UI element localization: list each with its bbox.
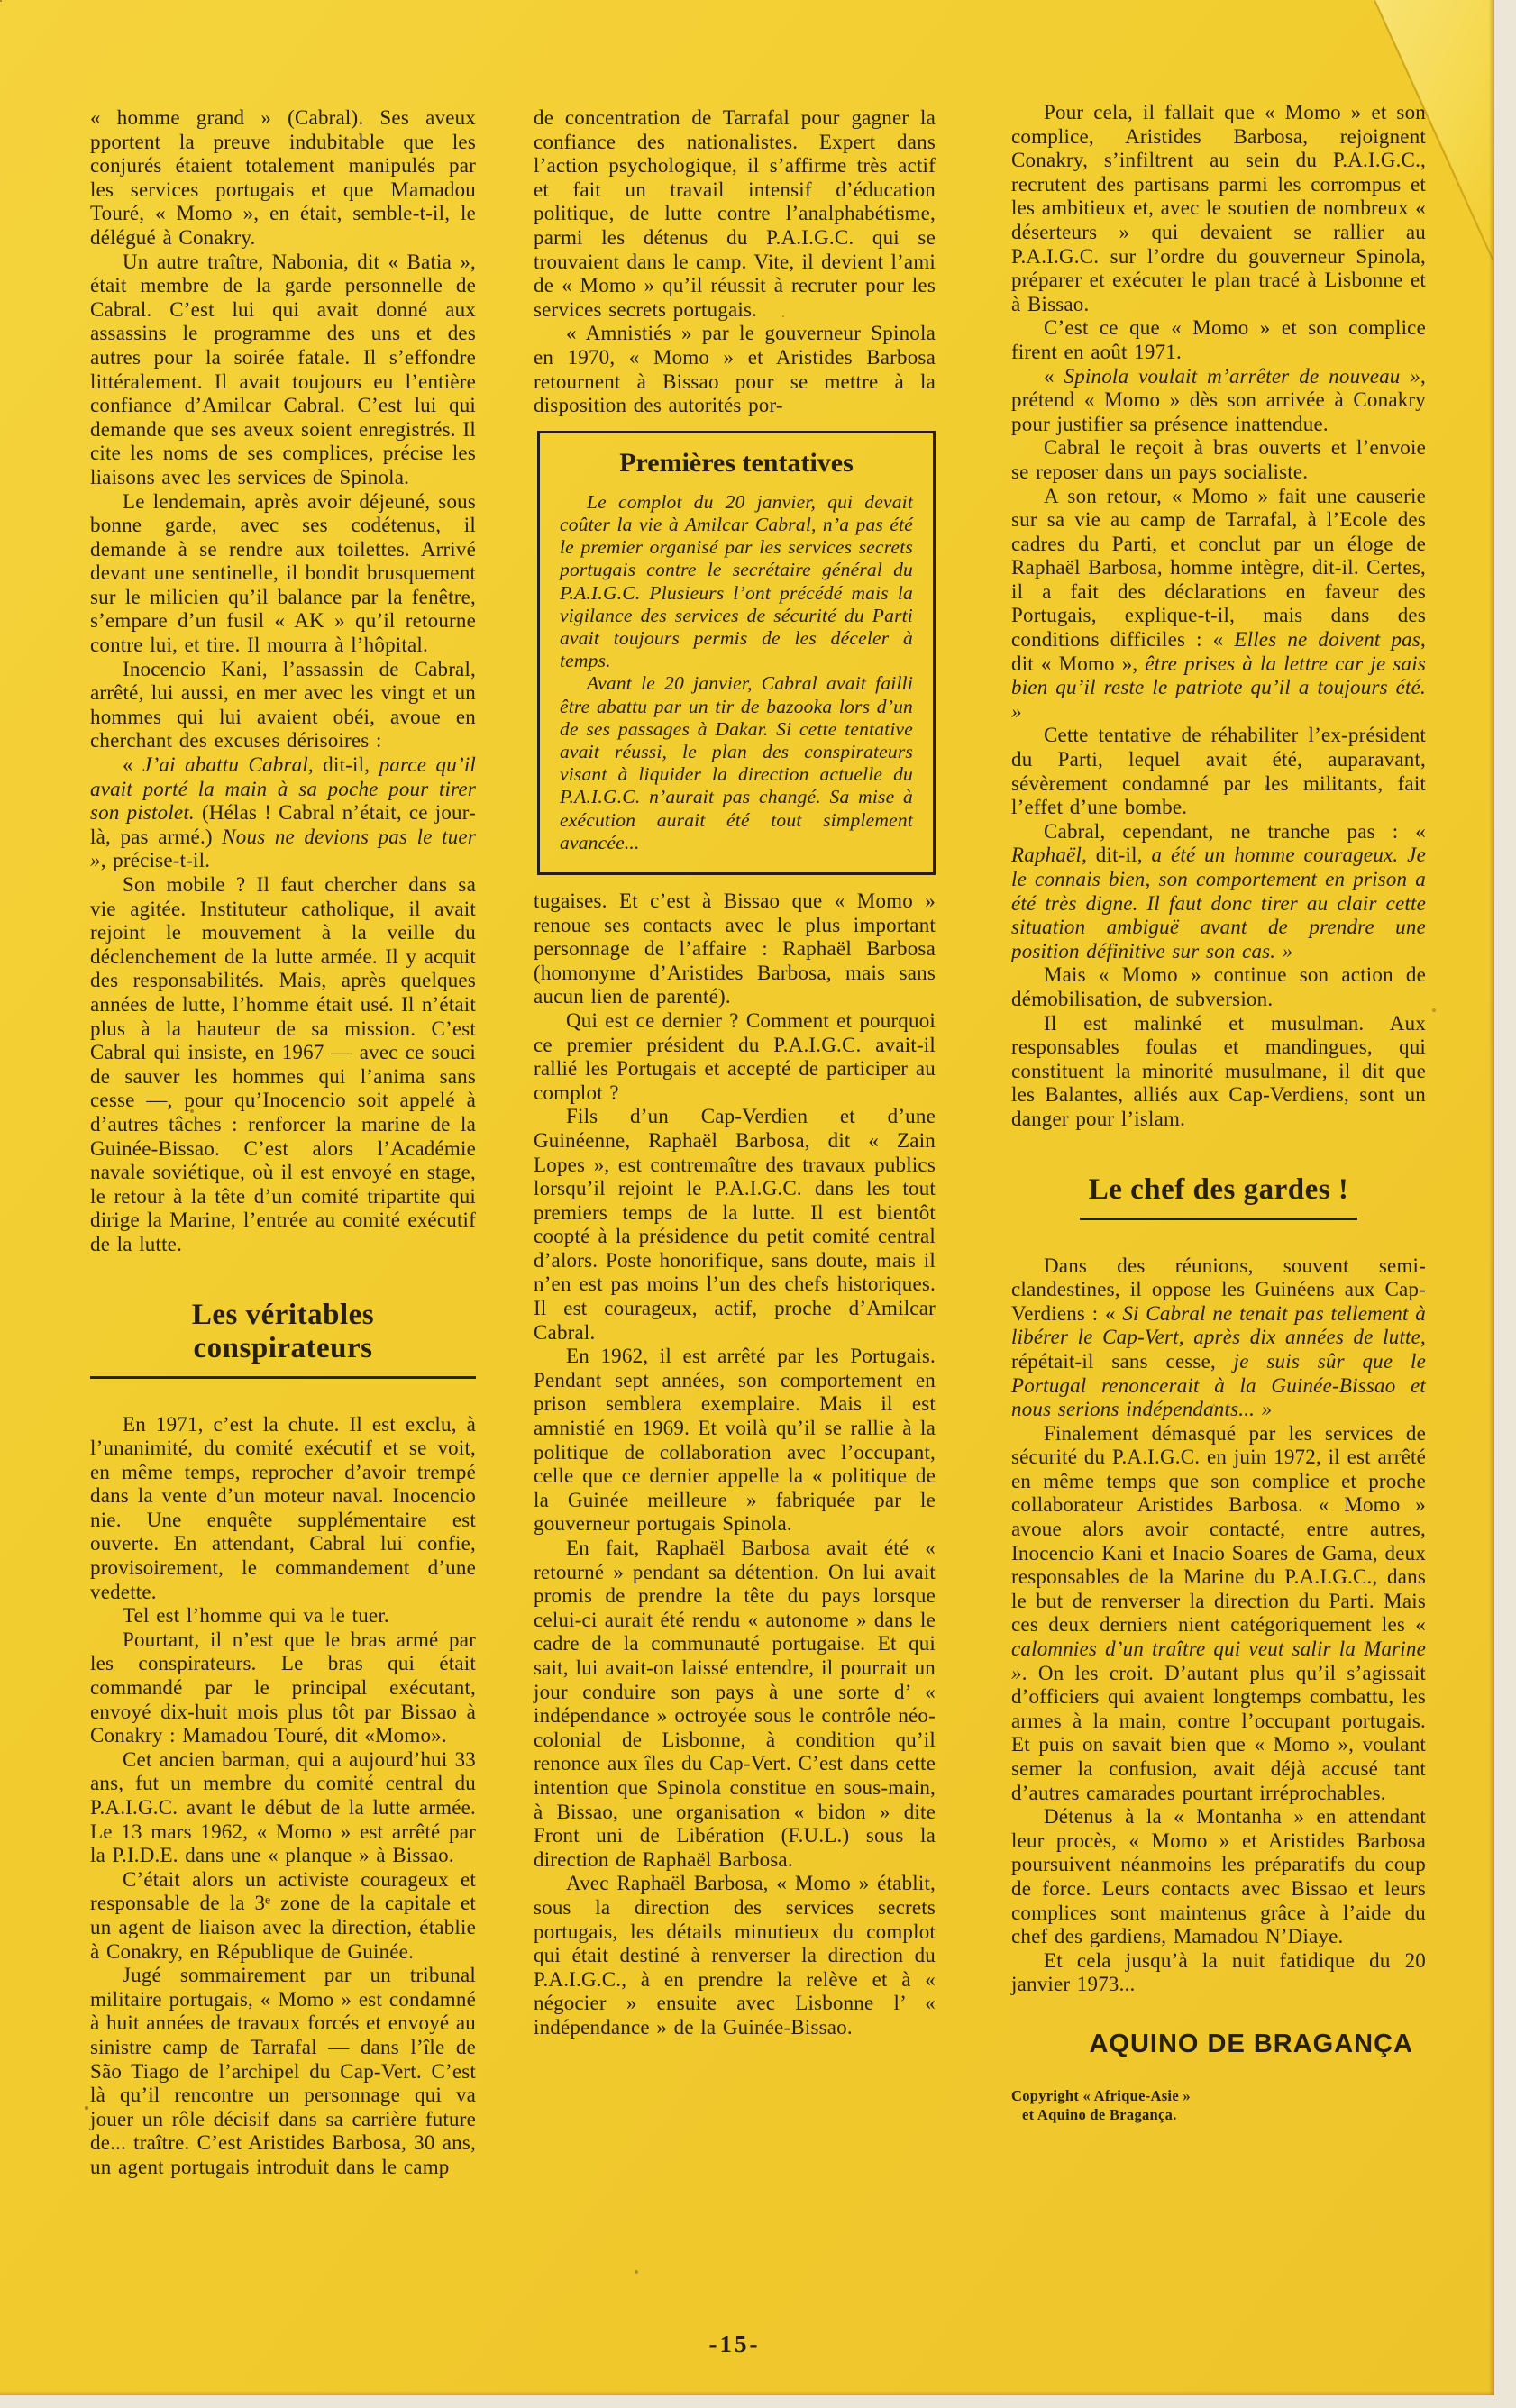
section-heading-text: Le chef des gardes ! — [1080, 1173, 1358, 1220]
section-heading: Les véritables conspirateurs — [90, 1299, 476, 1379]
paragraph: Mais « Momo » continue son action de dém… — [1011, 963, 1426, 1011]
paragraph: Un autre traître, Nabonia, dit « Batia »… — [90, 251, 476, 490]
box-paragraph: Avant le 20 janvier, Cabral avait failli… — [560, 672, 913, 854]
text-run: Détenus à la « Montanha » en attendant l… — [1011, 1805, 1426, 1947]
copyright-notice: Copyright « Afrique-Asie »et Aquino de B… — [1011, 2086, 1426, 2124]
paragraph: Il est malinké et musulman. Aux responsa… — [1011, 1012, 1426, 1132]
paragraph: C’était alors un activiste courageux et … — [90, 1868, 476, 1964]
text-run: Inocencio Kani, l’assassin de Cabral, ar… — [90, 658, 476, 752]
text-column-left: « homme grand » (Cabral). Ses aveux ppor… — [90, 106, 476, 2180]
paragraph: Cabral le reçoit à bras ouverts et l’env… — [1011, 436, 1426, 484]
italic-text: Raphaël — [1011, 844, 1082, 866]
text-run: « Amnistiés » par le gouverneur Spinola … — [534, 322, 936, 416]
copyright-line: Copyright « Afrique-Asie » — [1011, 2086, 1426, 2105]
paragraph: Le lendemain, après avoir déjeuné, sous … — [90, 490, 476, 658]
text-run: Son mobile ? Il faut chercher dans sa vi… — [90, 873, 476, 1255]
paragraph: Dans des réunions, souvent semi-clandest… — [1011, 1254, 1426, 1422]
text-run: C’est ce que « Momo » et son complice fi… — [1011, 316, 1426, 363]
text-run: Tel est l’homme qui va le tuer. — [123, 1604, 389, 1627]
text-run: En fait, Raphaël Barbosa avait été « ret… — [534, 1537, 936, 1871]
text-run: « homme grand » (Cabral). Ses aveux ppor… — [90, 106, 476, 249]
text-run: , dit-il, — [308, 753, 379, 776]
text-run: Pour cela, il fallait que « Momo » et so… — [1011, 101, 1426, 315]
paragraph: « homme grand » (Cabral). Ses aveux ppor… — [90, 106, 476, 251]
text-run: , dit-il, — [1082, 844, 1151, 866]
text-run: C’était alors un activiste courageux et … — [90, 1868, 476, 1963]
italic-text: Spinola voulait m’arrêter de nouveau » — [1064, 365, 1421, 388]
text-run: « — [123, 753, 142, 776]
text-run: tugaises. Et c’est à Bissao que « Momo »… — [534, 889, 936, 1008]
text-column-middle: de concentration de Tarrafal pour gagner… — [534, 106, 936, 2039]
paragraph: Cet ancien barman, qui a aujourd’hui 33 … — [90, 1748, 476, 1868]
section-heading-text: Les véritables conspirateurs — [90, 1299, 476, 1379]
text-run: de concentration de Tarrafal pour gagner… — [534, 106, 936, 321]
scanned-magazine-page: « homme grand » (Cabral). Ses aveux ppor… — [0, 0, 1516, 2408]
text-run: Jugé sommairement par un tribunal milita… — [90, 1964, 476, 2178]
box-title: Premières tentatives — [560, 448, 913, 479]
paper-sheet: « homme grand » (Cabral). Ses aveux ppor… — [0, 0, 1494, 2395]
paragraph: de concentration de Tarrafal pour gagner… — [534, 106, 936, 322]
paragraph: Jugé sommairement par un tribunal milita… — [90, 1964, 476, 2179]
page-number: -15- — [534, 2330, 936, 2358]
paragraph: Pourtant, il n’est que le bras armé par … — [90, 1628, 476, 1748]
copyright-line: et Aquino de Bragança. — [1011, 2105, 1426, 2124]
text-run: En 1962, il est arrêté par les Portugais… — [534, 1345, 936, 1535]
paragraph: Fils d’un Cap-Verdien et d’une Guinéenne… — [534, 1105, 936, 1345]
text-run: Un autre traître, Nabonia, dit « Batia »… — [90, 251, 476, 488]
paragraph: tugaises. Et c’est à Bissao que « Momo »… — [534, 889, 936, 1009]
paragraph: Cabral, cependant, ne tranche pas : « Ra… — [1011, 820, 1426, 964]
paragraph: Avec Raphaël Barbosa, « Momo » établit, … — [534, 1872, 936, 2039]
text-run: « — [1044, 365, 1064, 388]
author-byline: AQUINO DE BRAGANÇA — [1011, 2029, 1426, 2059]
boxed-sidebar: Premières tentativesLe complot du 20 jan… — [537, 431, 936, 875]
italic-text: Elles ne doivent pas — [1234, 628, 1420, 651]
paragraph: En 1971, c’est la chute. Il est exclu, à… — [90, 1413, 476, 1605]
italic-text: J’ai abattu Cabral — [142, 753, 308, 776]
text-run: Cette tentative de réhabiliter l’ex-prés… — [1011, 724, 1426, 818]
paragraph: En 1962, il est arrêté par les Portugais… — [534, 1345, 936, 1537]
paragraph: Pour cela, il fallait que « Momo » et so… — [1011, 101, 1426, 316]
paragraph: Détenus à la « Montanha » en attendant l… — [1011, 1805, 1426, 1949]
text-run: , précise-t-il. — [101, 849, 210, 871]
paragraph: Finalement démasqué par les services de … — [1011, 1422, 1426, 1806]
paragraph: A son retour, « Momo » fait une causerie… — [1011, 485, 1426, 725]
text-run: Qui est ce dernier ? Comment et pourquoi… — [534, 1009, 936, 1104]
text-run: . On les croit. D’autant plus qu’il s’ag… — [1011, 1662, 1426, 1804]
text-run: Il est malinké et musulman. Aux responsa… — [1011, 1012, 1426, 1130]
paragraph: C’est ce que « Momo » et son complice fi… — [1011, 316, 1426, 364]
paragraph: Inocencio Kani, l’assassin de Cabral, ar… — [90, 658, 476, 753]
text-run: Cet ancien barman, qui a aujourd’hui 33 … — [90, 1748, 476, 1866]
box-paragraph: Le complot du 20 janvier, qui devait coû… — [560, 491, 913, 673]
paragraph: « Amnistiés » par le gouverneur Spinola … — [534, 322, 936, 417]
text-column-right: Pour cela, il fallait que « Momo » et so… — [1011, 101, 1426, 2124]
text-run: Mais « Momo » continue son action de dém… — [1011, 963, 1426, 1010]
paragraph: Tel est l’homme qui va le tuer. — [90, 1604, 476, 1628]
section-heading: Le chef des gardes ! — [1011, 1173, 1426, 1220]
text-run: A son retour, « Momo » fait une causerie… — [1011, 485, 1426, 652]
paragraph: En fait, Raphaël Barbosa avait été « ret… — [534, 1537, 936, 1872]
text-run: Pourtant, il n’est que le bras armé par … — [90, 1628, 476, 1747]
paragraph: Son mobile ? Il faut chercher dans sa vi… — [90, 873, 476, 1257]
paragraph: Cette tentative de réhabiliter l’ex-prés… — [1011, 724, 1426, 819]
text-run: Et cela jusqu’à la nuit fatidique du 20 … — [1011, 1949, 1426, 1996]
paragraph: « J’ai abattu Cabral, dit-il, parce qu’i… — [90, 753, 476, 873]
text-run: Cabral, cependant, ne tranche pas : « — [1044, 820, 1426, 843]
paragraph: Et cela jusqu’à la nuit fatidique du 20 … — [1011, 1949, 1426, 1997]
paper-specks — [0, 0, 2, 2]
text-run: Fils d’un Cap-Verdien et d’une Guinéenne… — [534, 1105, 936, 1343]
text-run: Finalement démasqué par les services de … — [1011, 1422, 1426, 1637]
text-run: Avec Raphaël Barbosa, « Momo » établit, … — [534, 1872, 936, 2039]
text-run: Le lendemain, après avoir déjeuné, sous … — [90, 490, 476, 657]
paragraph: « Spinola voulait m’arrêter de nouveau »… — [1011, 365, 1426, 437]
text-run: Cabral le reçoit à bras ouverts et l’env… — [1011, 436, 1426, 483]
paragraph: Qui est ce dernier ? Comment et pourquoi… — [534, 1009, 936, 1105]
text-run: En 1971, c’est la chute. Il est exclu, à… — [90, 1413, 476, 1603]
